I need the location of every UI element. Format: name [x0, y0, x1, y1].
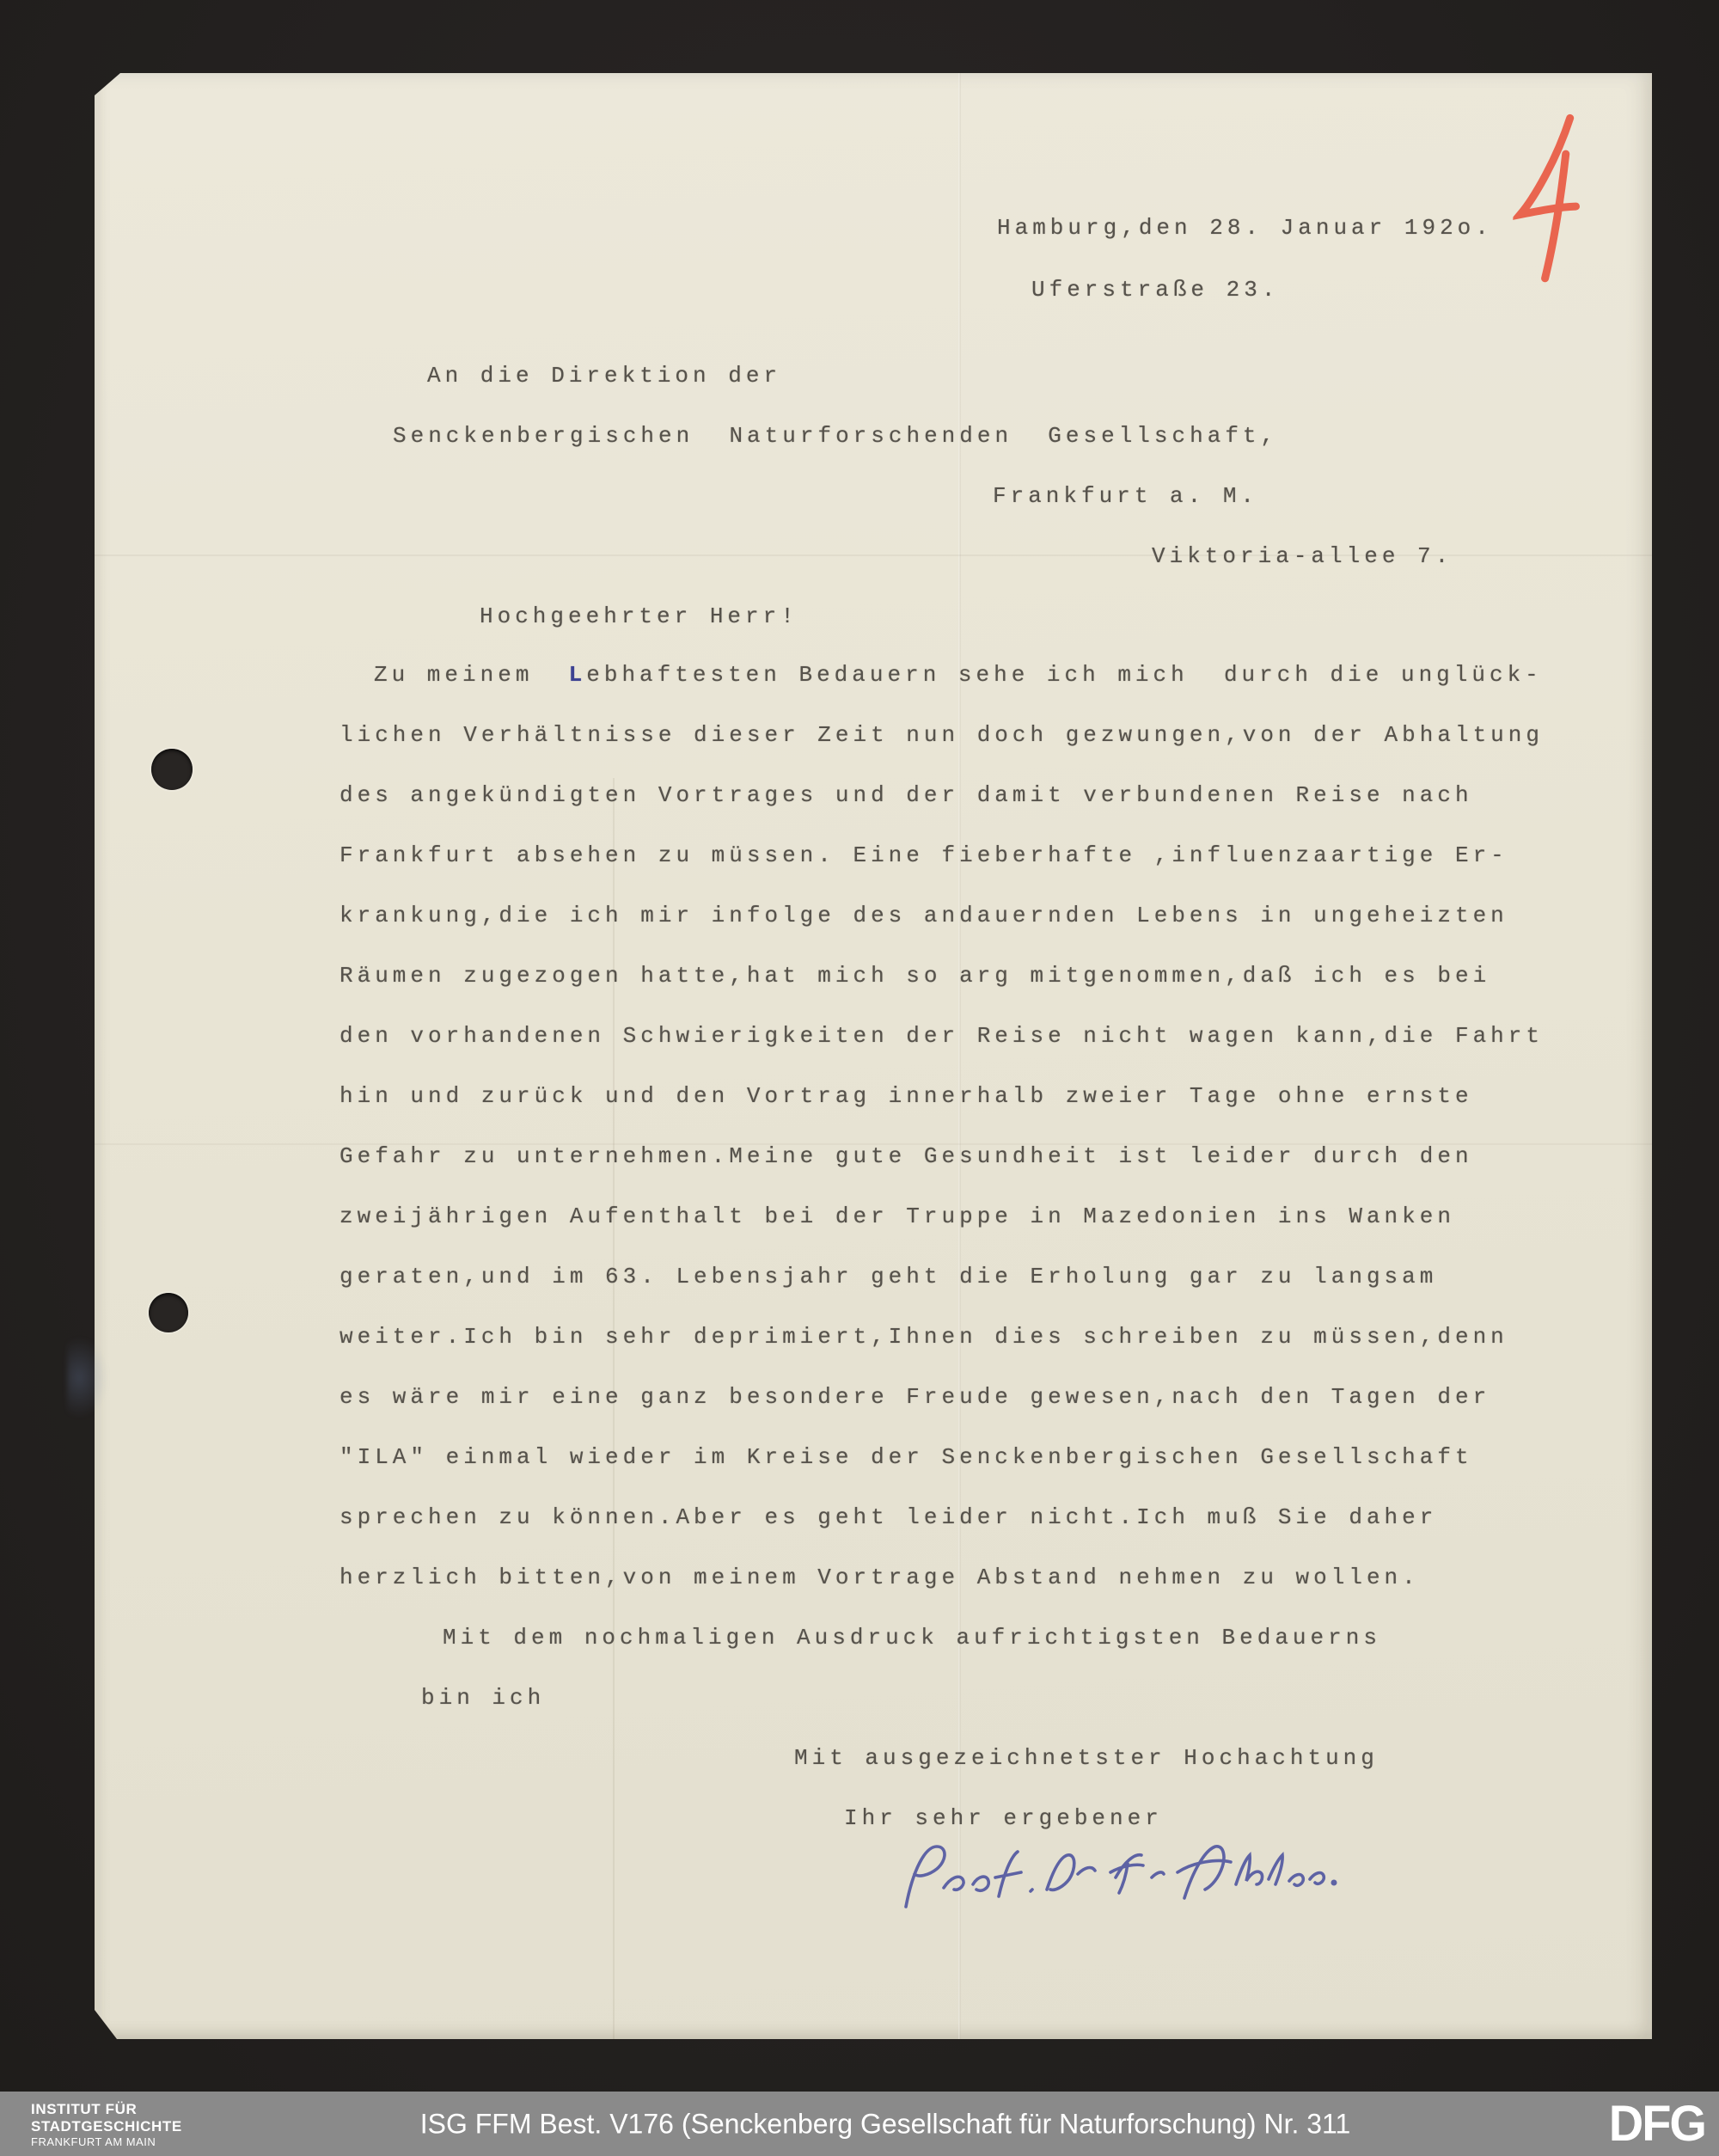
- scanned-letter-page: { "annotation": { "page_number": "4", "i…: [0, 0, 1719, 2156]
- place-date-line: Hamburg,den 28. Januar 192o.: [997, 213, 1493, 242]
- punch-hole: [149, 1293, 188, 1332]
- typed-line: Frankfurt absehen zu müssen. Eine fieber…: [340, 841, 1544, 901]
- recipient-line-4: Viktoria-allee 7.: [1152, 542, 1453, 571]
- handwritten-4-glyph: [1508, 106, 1594, 292]
- typed-line: geraten,und im 63. Lebensjahr geht die E…: [340, 1262, 1544, 1322]
- typed-line: herzlich bitten,von meinem Vortrage Abst…: [340, 1563, 1544, 1623]
- typed-line: "ILA" einmal wieder im Kreise der Sencke…: [340, 1442, 1544, 1503]
- closing-line-1: Mit dem nochmaligen Ausdruck aufrichtigs…: [443, 1623, 1381, 1652]
- archive-reference: ISG FFM Best. V176 (Senckenberg Gesellsc…: [52, 2108, 1719, 2140]
- recipient-line-1: An die Direktion der: [427, 361, 781, 390]
- typed-line: den vorhandenen Schwierigkeiten der Reis…: [340, 1021, 1544, 1081]
- recipient-line-2: Senckenbergischen Naturforschenden Gesel…: [393, 421, 1278, 450]
- typed-line: es wäre mir eine ganz besondere Freude g…: [340, 1382, 1544, 1442]
- typed-line: lichen Verhältnisse dieser Zeit nun doch…: [340, 720, 1544, 781]
- overwritten-letter: L: [569, 662, 587, 688]
- dfg-logo: DFG: [1609, 2094, 1705, 2153]
- salutation: Hochgeehrter Herr!: [480, 602, 798, 631]
- closing-line-2: bin ich: [421, 1683, 545, 1712]
- typed-line-prefix: Zu meinem: [374, 662, 569, 688]
- typed-line-rest: ebhaftesten Bedauern sehe ich mich durch…: [586, 662, 1543, 688]
- letter-body: Zu meinem Lebhaftesten Bedauern sehe ich…: [340, 660, 1544, 1623]
- typed-line: weiter.Ich bin sehr deprimiert,Ihnen die…: [340, 1322, 1544, 1382]
- page-number-annotation: 4: [1508, 106, 1594, 292]
- punch-hole: [151, 749, 193, 790]
- typed-line: sprechen zu können.Aber es geht leider n…: [340, 1503, 1544, 1563]
- closing-line-3: Mit ausgezeichnetster Hochachtung: [794, 1743, 1379, 1773]
- signature-handwriting: Prof. Dr Fr. Ahlhorn.: [894, 1824, 1341, 1932]
- typed-line: Gefahr zu unternehmen.Meine gute Gesundh…: [340, 1142, 1544, 1202]
- typed-line: zweijährigen Aufenthalt bei der Truppe i…: [340, 1202, 1544, 1262]
- street-line: Uferstraße 23.: [1031, 275, 1279, 304]
- typed-line: Zu meinem Lebhaftesten Bedauern sehe ich…: [340, 660, 1544, 720]
- recipient-line-3: Frankfurt a. M.: [993, 481, 1258, 511]
- typed-line: krankung,die ich mir infolge des andauer…: [340, 901, 1544, 961]
- ink-smudge: [67, 1337, 108, 1418]
- typed-line: hin und zurück und den Vortrag innerhalb…: [340, 1081, 1544, 1142]
- typed-line: Räumen zugezogen hatte,hat mich so arg m…: [340, 961, 1544, 1021]
- archive-footer-bar: INSTITUT FÜR STADTGESCHICHTE FRANKFURT A…: [0, 2092, 1719, 2156]
- signature-strokes: [894, 1824, 1341, 1932]
- typed-line: des angekündigten Vortrages und der dami…: [340, 781, 1544, 841]
